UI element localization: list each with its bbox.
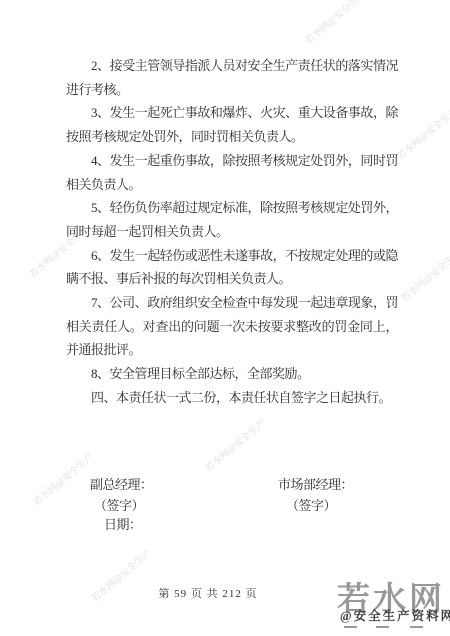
diagonal-watermark: 若水网@安全生产 (398, 245, 450, 304)
document-page: 若水网@安全生产 若水网@安全生产 若水网@安全生产 若水网@安全生产 若水网@… (0, 0, 450, 636)
signature-title-left: 副总经理： (90, 474, 153, 493)
diagonal-watermark: 若水网@安全生产 (202, 415, 269, 474)
body-paragraph: 5、轻伤负伤率超过规定标准，除按照考核规定处罚外，同时每超一起罚相关负责人。 (66, 196, 398, 243)
diagonal-watermark: 若水网@安全生产 (394, 103, 450, 162)
body-paragraph: 四、本责任状一式二份，本责任状自签字之日起执行。 (66, 386, 398, 410)
site-logo-subtext: @安全生产资料网 (340, 606, 450, 624)
logo-underline-dash (376, 626, 389, 628)
body-paragraph: 8、安全管理目标全部达标，全部奖励。 (66, 362, 398, 386)
body-paragraph: 6、发生一起轻伤或恶性未遂事故，不按规定处理的或隐瞒不报、事后补报的每次罚相关负… (66, 244, 398, 291)
body-paragraph: 7、公司、政府组织安全检查中每发现一起违章现象，罚相关责任人。对查出的问题一次未… (66, 291, 398, 362)
logo-underline-dash (344, 626, 357, 628)
signature-hint-right: （签字） (286, 495, 336, 514)
body-paragraph: 3、发生一起死亡事故和爆炸、火灾、重大设备事故，除按照考核规定处罚外，同时罚相关… (66, 101, 398, 148)
signature-title-right: 市场部经理： (278, 474, 353, 493)
signature-hint-left: （签字） (94, 495, 144, 514)
body-paragraph: 2、接受主管领导指派人员对安全生产责任状的落实情况进行考核。 (66, 54, 398, 101)
body-paragraph: 4、发生一起重伤事故，除按照考核规定处罚外，同时罚相关负责人。 (66, 149, 398, 196)
signature-date-label: 日期： (104, 514, 142, 533)
diagonal-watermark: 若水网@安全生产 (302, 0, 369, 46)
diagonal-watermark: 若水网@安全生产 (30, 449, 97, 508)
document-body: 2、接受主管领导指派人员对安全生产责任状的落实情况进行考核。 3、发生一起死亡事… (66, 54, 398, 410)
logo-underline-dash (410, 626, 423, 628)
